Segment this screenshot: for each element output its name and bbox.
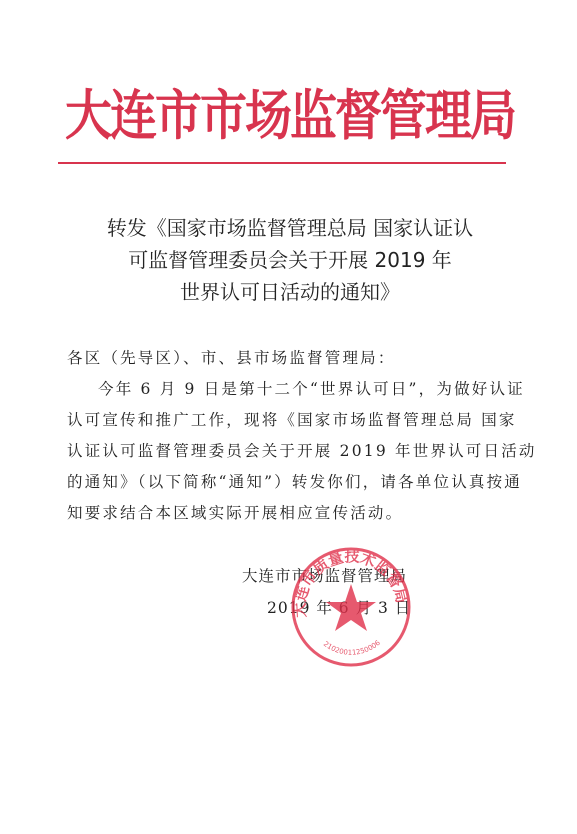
paragraph-line: 今年 6 月 9 日是第十二个“世界认可日”，为做好认证	[67, 374, 507, 405]
paragraph-line: 认可宣传和推广工作，现将《国家市场监督管理总局 国家	[67, 405, 507, 436]
paragraph-line: 知要求结合本区域实际开展相应宣传活动。	[67, 498, 507, 529]
agency-letterhead: 大连市市场监督管理局	[60, 82, 520, 151]
document-body: 各区（先导区）、市、县市场监督管理局： 今年 6 月 9 日是第十二个“世界认可…	[67, 343, 507, 529]
paragraph-line: 认证认可监督管理委员会关于开展 2019 年世界认可日活动	[67, 436, 507, 467]
title-line: 转发《国家市场监督管理总局 国家认证认	[40, 212, 540, 244]
document-title: 转发《国家市场监督管理总局 国家认证认 可监督管理委员会关于开展 2019 年 …	[40, 212, 540, 308]
paragraph-line: 的通知》（以下简称“通知”）转发你们，请各单位认真按通	[67, 467, 507, 498]
salutation: 各区（先导区）、市、县市场监督管理局：	[67, 343, 507, 374]
letterhead-divider	[58, 162, 506, 164]
title-line: 可监督管理委员会关于开展 2019 年	[40, 244, 540, 276]
official-seal-icon: 大连市质量技术监督局 210200112500063	[290, 546, 412, 668]
title-line: 世界认可日活动的通知》	[40, 276, 540, 308]
